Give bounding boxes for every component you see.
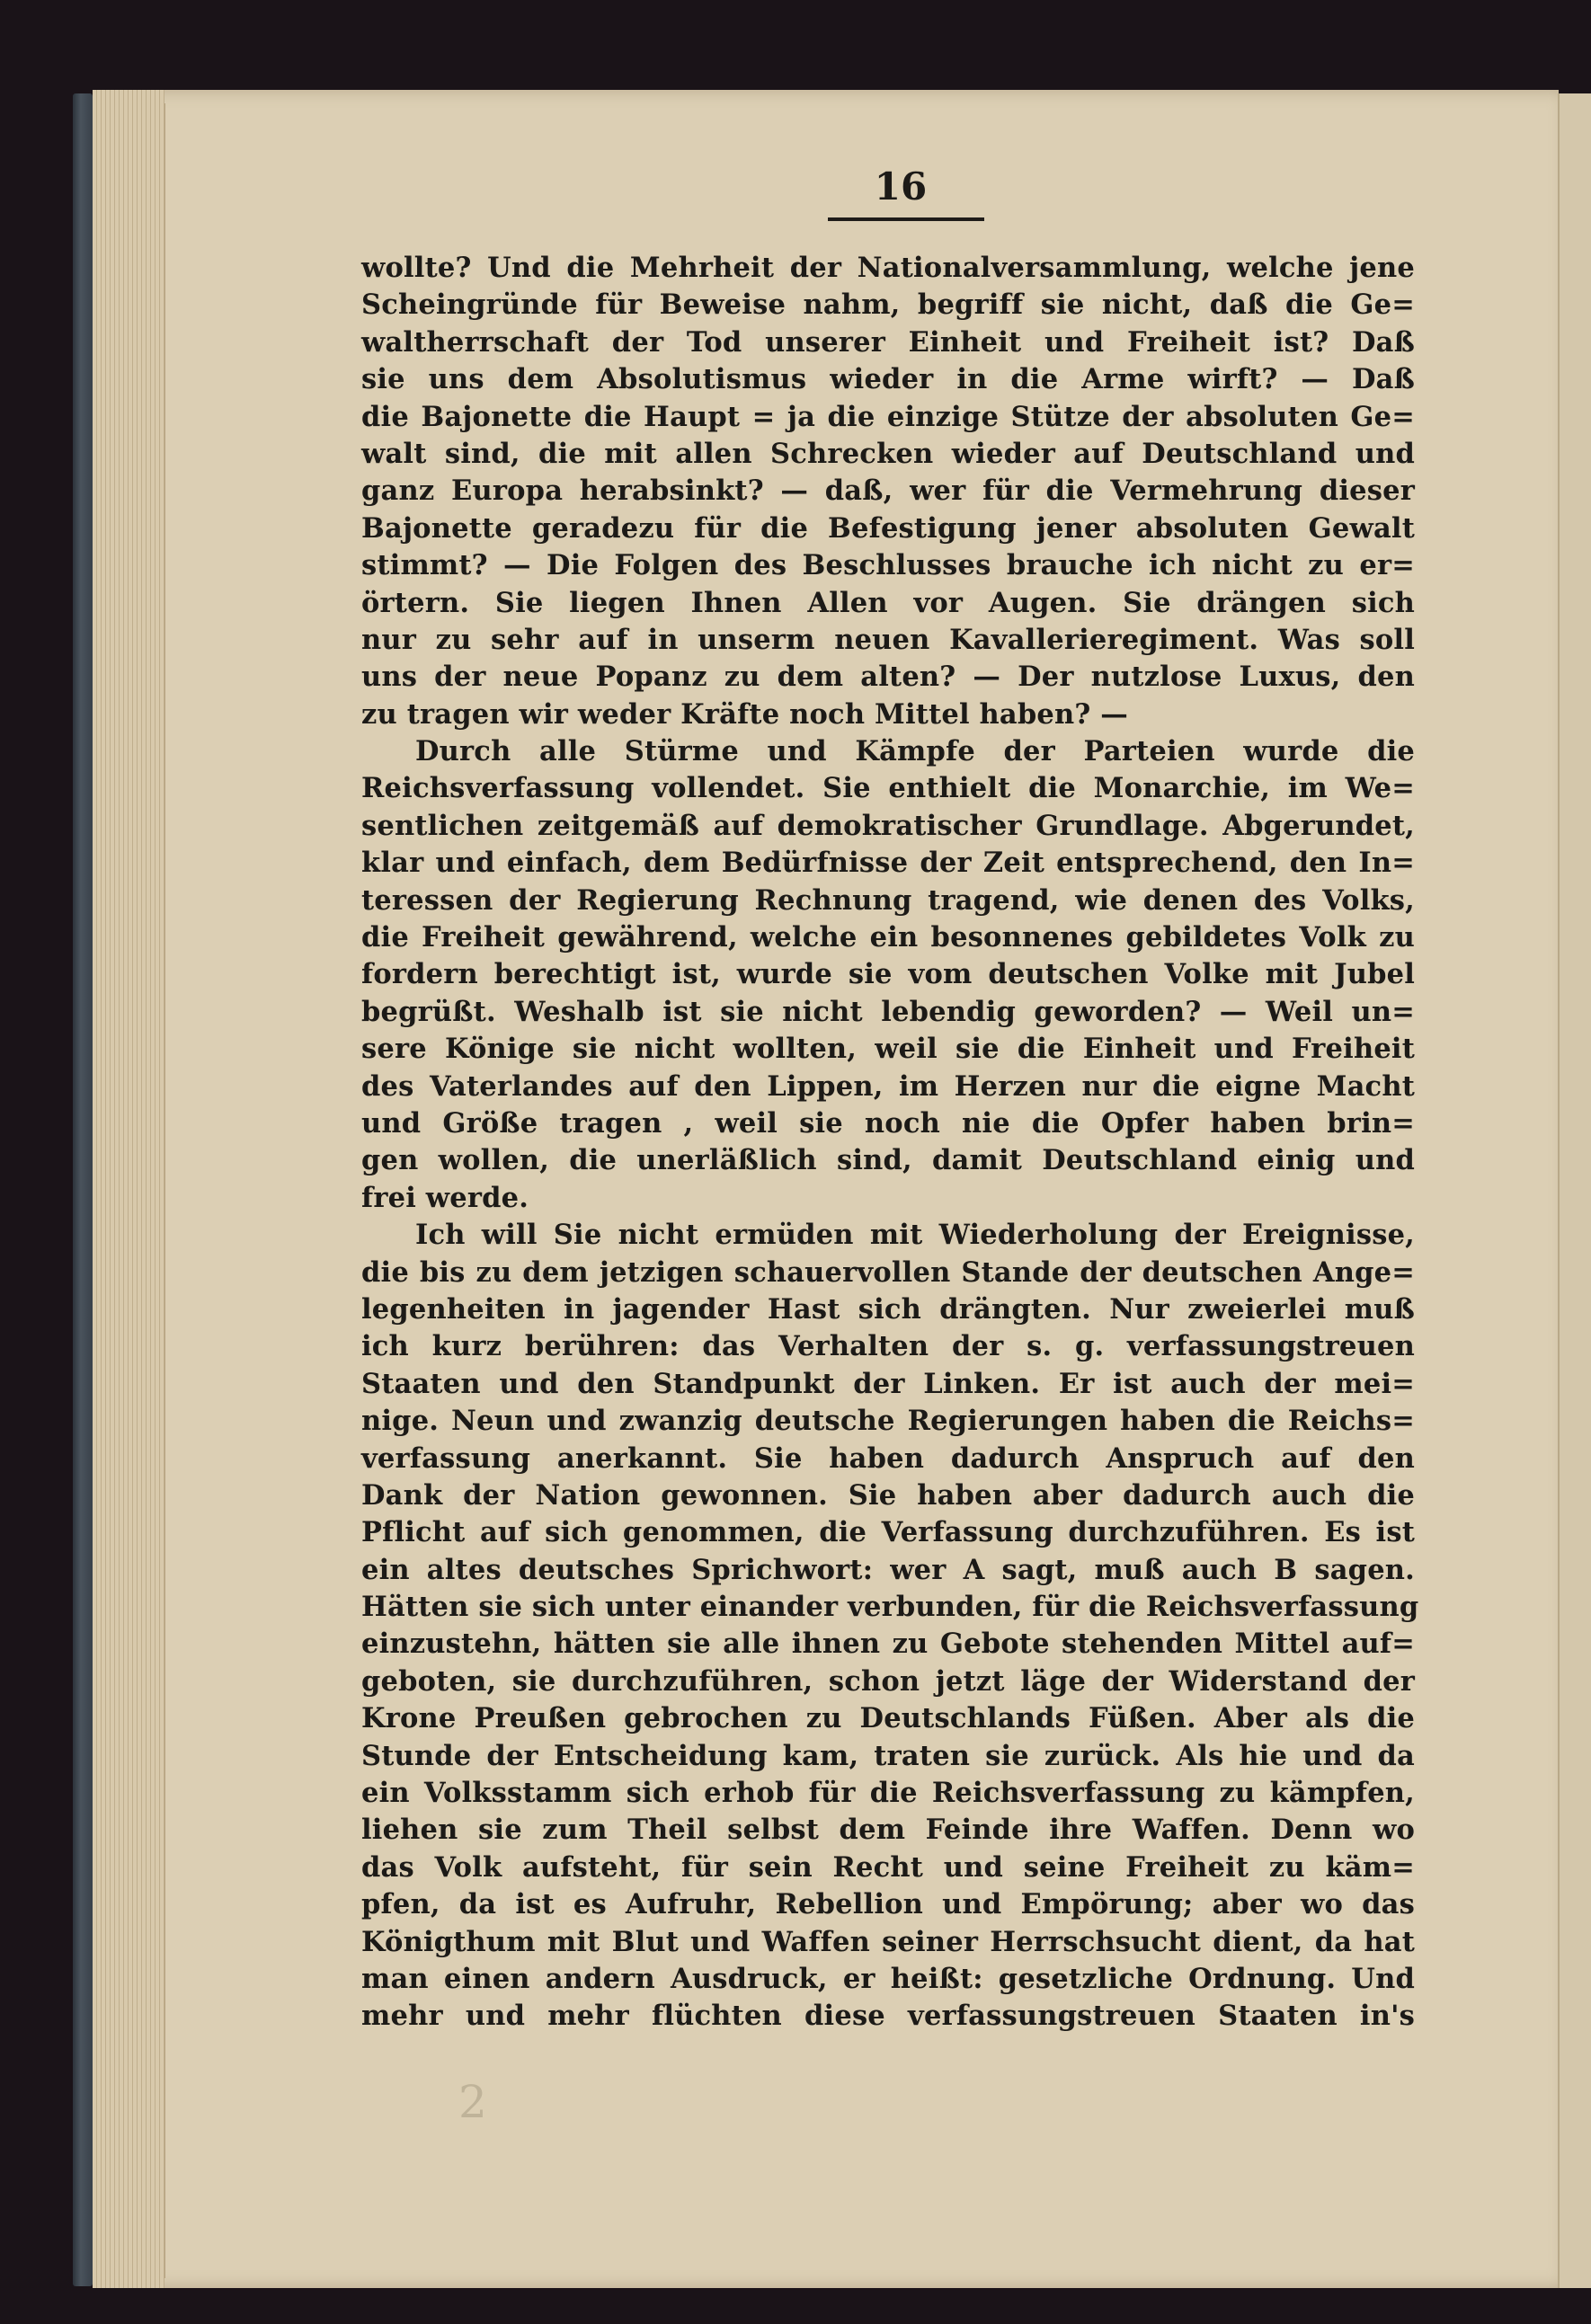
text-line: ein Volksstamm sich erhob für die Reichs… [361,1775,1415,1812]
text-line: Staaten und den Standpunkt der Linken. E… [361,1366,1415,1403]
text-line: uns der neue Popanz zu dem alten? — Der … [361,659,1415,696]
text-line: frei werde. [361,1180,1415,1217]
text-line: legenheiten in jagender Hast sich drängt… [361,1291,1415,1328]
text-line: Bajonette geradezu für die Befestigung j… [361,510,1415,547]
text-line: sentlichen zeitgemäß auf demokratischer … [361,808,1415,845]
page-fold-line [164,103,165,2278]
text-line: nige. Neun und zwanzig deutsche Regierun… [361,1403,1415,1440]
text-line: örtern. Sie liegen Ihnen Allen vor Augen… [361,585,1415,622]
text-line: Königthum mit Blut und Waffen seiner Her… [361,1924,1415,1961]
text-line: Ich will Sie nicht ermüden mit Wiederhol… [361,1217,1415,1254]
text-line: nur zu sehr auf in unserm neuen Kavaller… [361,622,1415,659]
text-line: Hätten sie sich unter einander verbunden… [361,1589,1415,1626]
text-line: pfen, da ist es Aufruhr, Rebellion und E… [361,1886,1415,1923]
text-line: walt sind, die mit allen Schrecken wiede… [361,436,1415,473]
text-line: klar und einfach, dem Bedürfnisse der Ze… [361,845,1415,882]
text-line: begrüßt. Weshalb ist sie nicht lebendig … [361,994,1415,1031]
text-line: zu tragen wir weder Kräfte noch Mittel h… [361,696,1415,733]
text-line: einzustehn, hätten sie alle ihnen zu Geb… [361,1626,1415,1663]
page-edges [93,90,164,2288]
text-line: Krone Preußen gebrochen zu Deutschlands … [361,1700,1415,1737]
text-line: das Volk aufsteht, für sein Recht und se… [361,1849,1415,1886]
text-line: die Freiheit gewährend, welche ein beson… [361,919,1415,956]
text-line: mehr und mehr flüchten diese verfassungs… [361,1998,1415,2035]
text-line: teressen der Regierung Rechnung tragend,… [361,883,1415,919]
book-binding [73,93,93,2286]
text-line: Scheingründe für Beweise nahm, begriff s… [361,287,1415,324]
text-line: die Bajonette die Haupt = ja die einzige… [361,399,1415,436]
text-line: ein altes deutsches Sprichwort: wer A sa… [361,1552,1415,1589]
text-line: die bis zu dem jetzigen schauervollen St… [361,1255,1415,1291]
text-line: und Größe tragen , weil sie noch nie die… [361,1105,1415,1142]
text-line: verfassung anerkannt. Sie haben dadurch … [361,1441,1415,1477]
text-line: sere Könige sie nicht wollten, weil sie … [361,1031,1415,1068]
signature-mark: 2 [458,2076,487,2128]
adjacent-page-edge [1558,93,1591,2288]
text-line: gen wollen, die unerläßlich sind, damit … [361,1142,1415,1179]
text-line: fordern berechtigt ist, wurde sie vom de… [361,956,1415,993]
header-rule [828,217,984,221]
text-line: Reichsverfassung vollendet. Sie enthielt… [361,770,1415,807]
body-text: wollte? Und die Mehrheit der Nationalver… [361,250,1415,2036]
text-line: geboten, sie durchzuführen, schon jetzt … [361,1663,1415,1700]
page-number: 16 [387,162,1415,212]
text-line: Pflicht auf sich genommen, die Verfassun… [361,1514,1415,1551]
text-line: waltherrschaft der Tod unserer Einheit u… [361,324,1415,361]
text-line: Stunde der Entscheidung kam, traten sie … [361,1738,1415,1775]
text-line: ganz Europa herabsinkt? — daß, wer für d… [361,473,1415,510]
text-line: man einen andern Ausdruck, er heißt: ges… [361,1961,1415,1998]
text-line: stimmt? — Die Folgen des Beschlusses bra… [361,547,1415,584]
text-line: Durch alle Stürme und Kämpfe der Parteie… [361,733,1415,770]
page-text-block: 16 wollte? Und die Mehrheit der National… [361,162,1415,2036]
text-line: wollte? Und die Mehrheit der Nationalver… [361,250,1415,287]
text-line: Dank der Nation gewonnen. Sie haben aber… [361,1477,1415,1514]
text-line: des Vaterlandes auf den Lippen, im Herze… [361,1069,1415,1105]
text-line: ich kurz berühren: das Verhalten der s. … [361,1328,1415,1365]
text-line: sie uns dem Absolutismus wieder in die A… [361,361,1415,398]
text-line: liehen sie zum Theil selbst dem Feinde i… [361,1812,1415,1849]
